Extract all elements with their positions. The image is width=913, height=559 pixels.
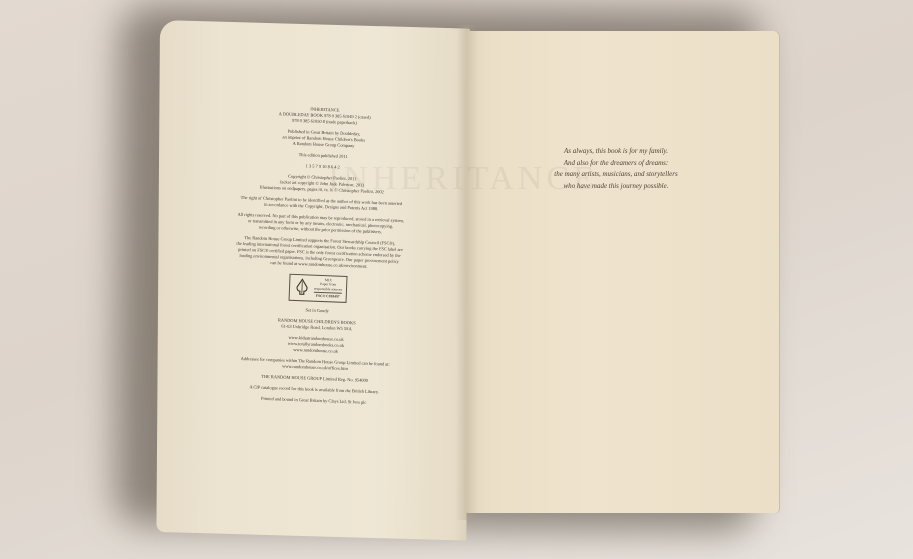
dedication-text: As always, this book is for my family. A… (516, 146, 716, 192)
dedication-page (466, 31, 779, 513)
book-gutter (456, 25, 478, 520)
publisher-websites: www.kidsatrandomhouse.co.uk www.totallyr… (196, 331, 437, 358)
open-book: INHERITANCE INHERITANCE A DOUBLEDAY BOOK… (0, 0, 913, 559)
copyright-text: INHERITANCE A DOUBLEDAY BOOK 978 0 385 6… (194, 102, 445, 413)
copyright-block: Copyright © Christopher Paolini, 2011 Ja… (202, 170, 443, 197)
copyright-block: The Random House Group Limited supports … (199, 233, 440, 272)
fsc-tree-icon (294, 278, 311, 297)
fsc-logo: MIX Paper from responsible sources FSC® … (289, 274, 348, 303)
copyright-block: All rights reserved. No part of this pub… (200, 210, 441, 237)
copyright-block: Published in Great Britain by Doubleday,… (204, 125, 445, 152)
